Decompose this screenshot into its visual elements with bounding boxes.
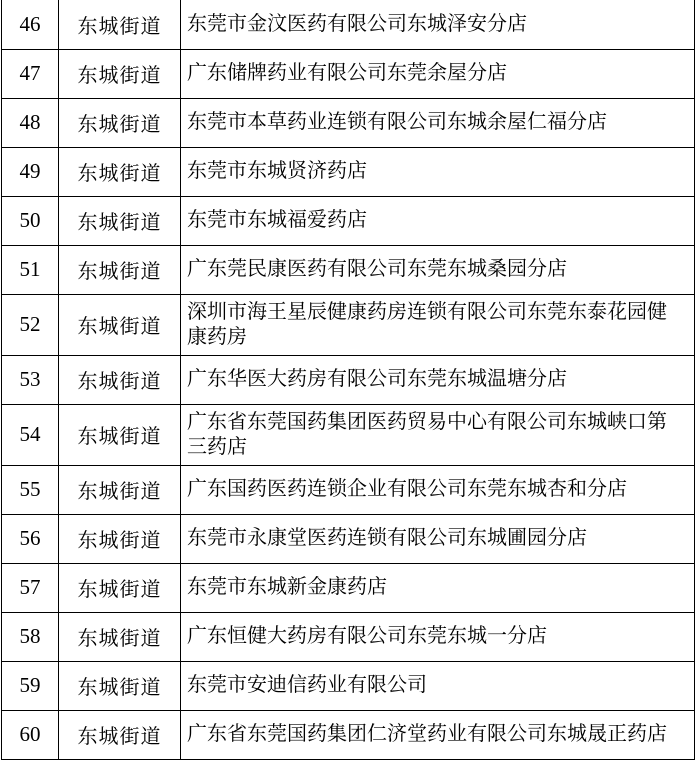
- row-number-cell: 55: [2, 465, 59, 514]
- table-row: 51 东城街道 广东莞民康医药有限公司东莞东城桑园分店: [2, 245, 695, 294]
- row-number-cell: 52: [2, 294, 59, 355]
- pharmacy-name-cell: 东莞市永康堂医药连锁有限公司东城圃园分店: [181, 514, 695, 563]
- pharmacy-name-cell: 广东省东莞国药集团医药贸易中心有限公司东城峡口第三药店: [181, 404, 695, 465]
- pharmacy-name-cell: 东莞市东城新金康药店: [181, 563, 695, 612]
- table-row: 58 东城街道 广东恒健大药房有限公司东莞东城一分店: [2, 612, 695, 661]
- row-number-cell: 53: [2, 355, 59, 404]
- table-body: 46 东城街道 东莞市金汶医药有限公司东城泽安分店 47 东城街道 广东储牌药业…: [2, 0, 695, 759]
- row-number-cell: 57: [2, 563, 59, 612]
- row-number-cell: 49: [2, 147, 59, 196]
- pharmacy-name-cell: 广东储牌药业有限公司东莞余屋分店: [181, 49, 695, 98]
- street-cell: 东城街道: [59, 147, 181, 196]
- street-cell: 东城街道: [59, 661, 181, 710]
- street-cell: 东城街道: [59, 294, 181, 355]
- row-number-cell: 46: [2, 0, 59, 49]
- street-cell: 东城街道: [59, 98, 181, 147]
- table-row: 50 东城街道 东莞市东城福爱药店: [2, 196, 695, 245]
- street-cell: 东城街道: [59, 612, 181, 661]
- row-number-cell: 59: [2, 661, 59, 710]
- street-cell: 东城街道: [59, 710, 181, 759]
- row-number-cell: 58: [2, 612, 59, 661]
- row-number-cell: 51: [2, 245, 59, 294]
- pharmacy-roster-table: 46 东城街道 东莞市金汶医药有限公司东城泽安分店 47 东城街道 广东储牌药业…: [0, 0, 696, 760]
- row-number-cell: 54: [2, 404, 59, 465]
- street-cell: 东城街道: [59, 514, 181, 563]
- street-cell: 东城街道: [59, 245, 181, 294]
- row-number-cell: 50: [2, 196, 59, 245]
- street-cell: 东城街道: [59, 196, 181, 245]
- table-row: 52 东城街道 深圳市海王星辰健康药房连锁有限公司东莞东泰花园健康药房: [2, 294, 695, 355]
- table-row: 59 东城街道 东莞市安迪信药业有限公司: [2, 661, 695, 710]
- pharmacy-name-cell: 东莞市金汶医药有限公司东城泽安分店: [181, 0, 695, 49]
- street-cell: 东城街道: [59, 465, 181, 514]
- table-row: 53 东城街道 广东华医大药房有限公司东莞东城温塘分店: [2, 355, 695, 404]
- pharmacy-name-cell: 东莞市东城贤济药店: [181, 147, 695, 196]
- table-row: 49 东城街道 东莞市东城贤济药店: [2, 147, 695, 196]
- table-row: 57 东城街道 东莞市东城新金康药店: [2, 563, 695, 612]
- table-row: 54 东城街道 广东省东莞国药集团医药贸易中心有限公司东城峡口第三药店: [2, 404, 695, 465]
- pharmacy-name-cell: 广东省东莞国药集团仁济堂药业有限公司东城晟正药店: [181, 710, 695, 759]
- row-number-cell: 48: [2, 98, 59, 147]
- roster-table: 46 东城街道 东莞市金汶医药有限公司东城泽安分店 47 东城街道 广东储牌药业…: [1, 0, 695, 760]
- row-number-cell: 56: [2, 514, 59, 563]
- pharmacy-name-cell: 广东莞民康医药有限公司东莞东城桑园分店: [181, 245, 695, 294]
- pharmacy-name-cell: 深圳市海王星辰健康药房连锁有限公司东莞东泰花园健康药房: [181, 294, 695, 355]
- table-row: 47 东城街道 广东储牌药业有限公司东莞余屋分店: [2, 49, 695, 98]
- table-row: 55 东城街道 广东国药医药连锁企业有限公司东莞东城杏和分店: [2, 465, 695, 514]
- table-row: 56 东城街道 东莞市永康堂医药连锁有限公司东城圃园分店: [2, 514, 695, 563]
- table-row: 60 东城街道 广东省东莞国药集团仁济堂药业有限公司东城晟正药店: [2, 710, 695, 759]
- pharmacy-name-cell: 广东国药医药连锁企业有限公司东莞东城杏和分店: [181, 465, 695, 514]
- street-cell: 东城街道: [59, 404, 181, 465]
- pharmacy-name-cell: 广东恒健大药房有限公司东莞东城一分店: [181, 612, 695, 661]
- pharmacy-name-cell: 广东华医大药房有限公司东莞东城温塘分店: [181, 355, 695, 404]
- street-cell: 东城街道: [59, 563, 181, 612]
- row-number-cell: 60: [2, 710, 59, 759]
- street-cell: 东城街道: [59, 355, 181, 404]
- street-cell: 东城街道: [59, 49, 181, 98]
- table-row: 48 东城街道 东莞市本草药业连锁有限公司东城余屋仁福分店: [2, 98, 695, 147]
- pharmacy-name-cell: 东莞市东城福爱药店: [181, 196, 695, 245]
- street-cell: 东城街道: [59, 0, 181, 49]
- table-row: 46 东城街道 东莞市金汶医药有限公司东城泽安分店: [2, 0, 695, 49]
- pharmacy-name-cell: 东莞市本草药业连锁有限公司东城余屋仁福分店: [181, 98, 695, 147]
- row-number-cell: 47: [2, 49, 59, 98]
- pharmacy-name-cell: 东莞市安迪信药业有限公司: [181, 661, 695, 710]
